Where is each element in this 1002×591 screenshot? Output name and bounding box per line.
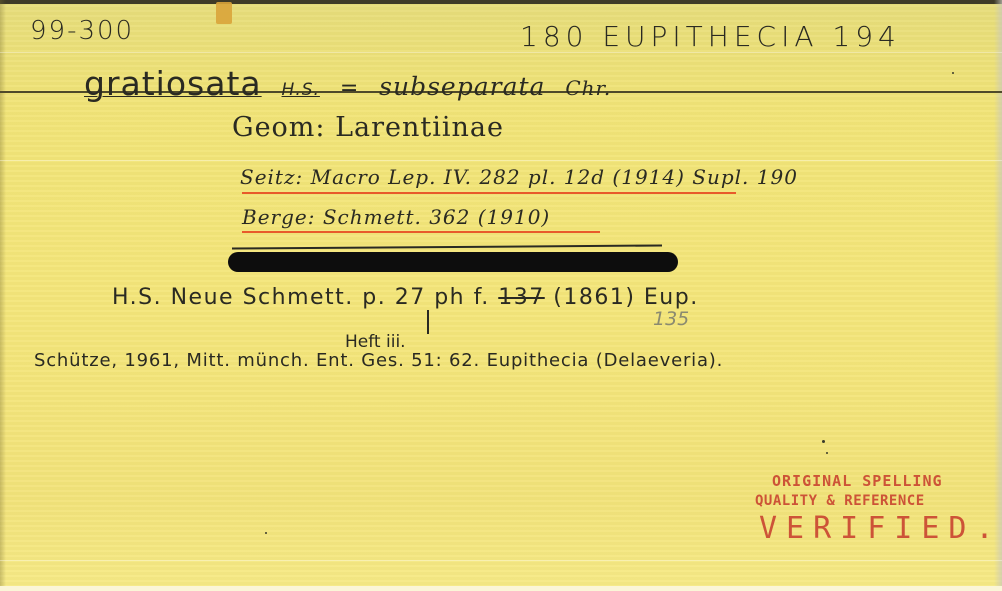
hs-reference-year: (1861) Eup. [545, 285, 699, 310]
ink-speck [952, 72, 954, 74]
reference-schutze: Schütze, 1961, Mitt. münch. Ent. Ges. 51… [34, 350, 723, 371]
ruled-line [0, 160, 1002, 161]
catalog-number: 99-300 [30, 16, 134, 46]
orange-tab-mark [216, 2, 232, 24]
struck-figure-number: 137 [498, 285, 545, 310]
index-card: 99-300 180 EUPITHECIA 194 gratiosata H.S… [0, 0, 1002, 591]
synonym-name: subseparata [379, 72, 545, 101]
ink-speck [265, 532, 267, 534]
equals-sign: = [340, 76, 359, 101]
reference-seitz: Seitz: Macro Lep. IV. 282 pl. 12d (1914)… [240, 165, 798, 189]
red-underline [242, 231, 600, 233]
inserted-heft-note: Heft iii. [345, 332, 406, 352]
redaction-bar [228, 252, 678, 272]
card-left-shadow [0, 0, 6, 591]
ink-speck [822, 440, 825, 443]
synonym-author: Chr. [565, 76, 611, 100]
classification: Geom: Larentiinae [232, 112, 504, 143]
reference-herrich-schaeffer: H.S. Neue Schmett. p. 27 ph f. 137 (1861… [112, 285, 699, 310]
struck-text-trace [232, 244, 662, 249]
species-name: gratiosata [84, 64, 262, 103]
card-top-edge [0, 0, 1002, 4]
hs-reference-text: H.S. Neue Schmett. p. 27 ph f. [112, 285, 498, 310]
stamp-line-3: VERIFIED. [755, 511, 1002, 546]
red-underline [242, 192, 736, 194]
corrected-figure-number: 135 [653, 308, 689, 330]
ruled-line [0, 560, 1002, 561]
insertion-mark [427, 310, 429, 334]
verified-stamp: ORIGINAL SPELLING QUALITY & REFERENCE VE… [755, 472, 1002, 546]
reference-berger: Berge: Schmett. 362 (1910) [242, 205, 550, 229]
ink-speck [826, 452, 828, 454]
species-author: H.S. [282, 80, 320, 100]
stamp-line-1: ORIGINAL SPELLING [755, 472, 1002, 490]
card-bottom-edge [0, 586, 1002, 591]
species-line: gratiosata H.S. = subseparata Chr. [84, 64, 611, 103]
genus-header: 180 EUPITHECIA 194 [520, 20, 901, 53]
stamp-line-2: QUALITY & REFERENCE [755, 493, 1002, 509]
